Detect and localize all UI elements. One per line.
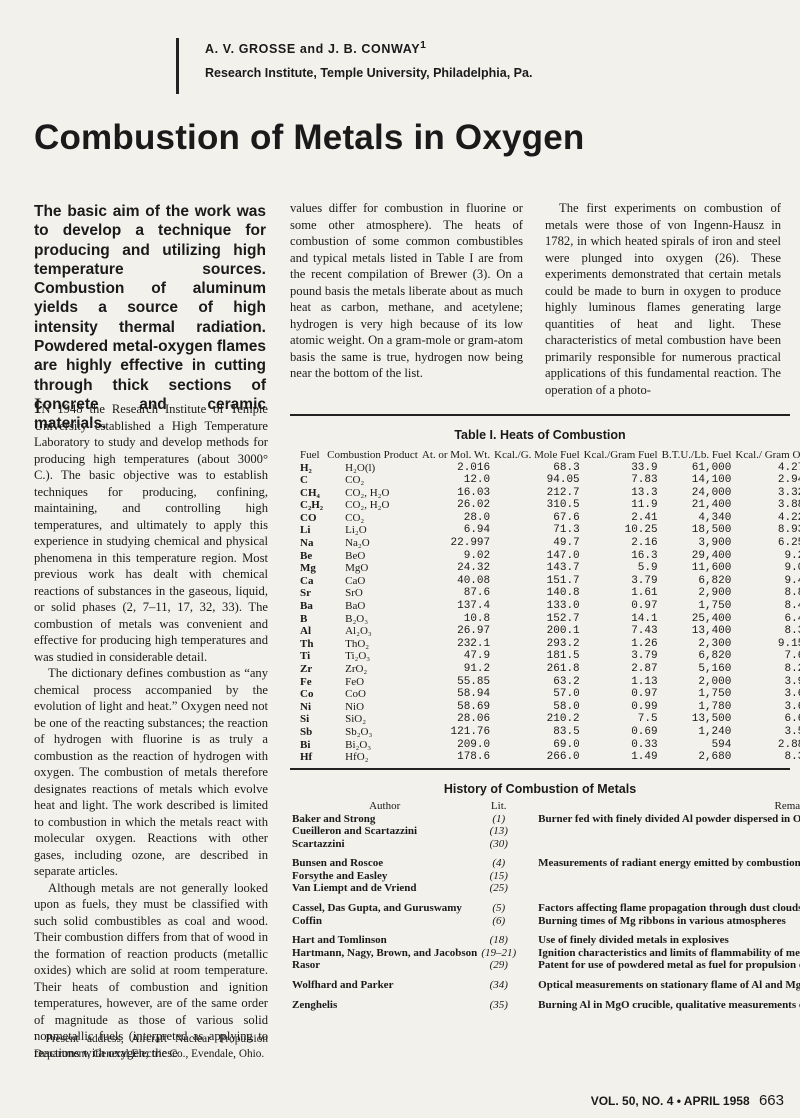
table-row: Baker and Strong(1)Burner fed with finel… xyxy=(290,813,800,826)
table-cell: 14.1 xyxy=(582,613,660,626)
lit-cell: (18) xyxy=(479,927,518,947)
table-cell: 147.0 xyxy=(492,550,582,563)
table-cell: 11,600 xyxy=(660,562,734,575)
table2-top-rule xyxy=(290,768,790,770)
table-cell: 2.16 xyxy=(582,537,660,550)
lit-cell: (19–21) xyxy=(479,947,518,960)
table-cell: 0.69 xyxy=(582,726,660,739)
fuel-cell: B xyxy=(298,613,325,626)
table-row: Rasor(29)Patent for use of powdered meta… xyxy=(290,959,800,972)
table-cell: HfO₂ xyxy=(325,751,420,764)
table-cell: 7.43 xyxy=(582,625,660,638)
fuel-cell: Hf xyxy=(298,751,325,764)
table-row: ZrZrO₂91.2261.82.875,1608.2 xyxy=(298,663,800,676)
intro-paragraph: IN 1948 the Research Institute of Temple… xyxy=(34,398,268,665)
table-row: CH₄CO₂, H₂O16.03212.713.324,0003.32 xyxy=(298,487,800,500)
table-cell: 58.94 xyxy=(420,688,492,701)
table-cell: 1.26 xyxy=(582,638,660,651)
table-cell: 55.85 xyxy=(420,676,492,689)
table-cell: 6.6 xyxy=(733,713,800,726)
table-row: H₂H₂O(l)2.01668.333.961,0004.27 xyxy=(298,462,800,475)
table-cell: 13,400 xyxy=(660,625,734,638)
table-cell: 8.93 xyxy=(733,524,800,537)
lit-cell: (29) xyxy=(479,959,518,972)
fuel-cell: Be xyxy=(298,550,325,563)
table-cell: CO₂, H₂O xyxy=(325,499,420,512)
author-cell: Forsythe and Easley xyxy=(290,870,479,883)
table-cell: 6,820 xyxy=(660,650,734,663)
table-header-row: Fuel Combustion Product At. or Mol. Wt. … xyxy=(298,449,800,462)
lit-cell: (15) xyxy=(479,870,518,883)
table-cell: 2,000 xyxy=(660,676,734,689)
authors: A. V. GROSSE and J. B. CONWAY1 xyxy=(205,40,532,56)
table-cell: 0.97 xyxy=(582,600,660,613)
table-row: BeBeO9.02147.016.329,4009.2 xyxy=(298,550,800,563)
column-header: Fuel xyxy=(298,449,325,462)
body-column-2: values differ for combustion in fluorine… xyxy=(290,200,523,382)
table-cell: 91.2 xyxy=(420,663,492,676)
fuel-cell: CO xyxy=(298,512,325,525)
table-cell: 5.9 xyxy=(582,562,660,575)
table-cell: 18,500 xyxy=(660,524,734,537)
fuel-cell: Zr xyxy=(298,663,325,676)
table-cell: 310.5 xyxy=(492,499,582,512)
remark-cell xyxy=(518,825,800,838)
table-cell: Na₂O xyxy=(325,537,420,550)
table-cell: 1,750 xyxy=(660,600,734,613)
paragraph: The first experiments on combustion of m… xyxy=(545,200,781,398)
column-header: Lit. xyxy=(479,800,518,813)
table-cell: 12.0 xyxy=(420,474,492,487)
remark-cell: Factors affecting flame propagation thro… xyxy=(518,895,800,915)
table-cell: 49.7 xyxy=(492,537,582,550)
table-row: Zenghelis(35)Burning Al in MgO crucible,… xyxy=(290,992,800,1012)
lit-cell: (25) xyxy=(479,882,518,895)
column-header: Author xyxy=(290,800,479,813)
table-cell: 2.94 xyxy=(733,474,800,487)
table-row: Wolfhard and Parker(34)Optical measureme… xyxy=(290,972,800,992)
lit-cell: (35) xyxy=(479,992,518,1012)
table-cell: 22.997 xyxy=(420,537,492,550)
table-header-row: Author Lit. Remarks xyxy=(290,800,800,813)
remark-cell: Patent for use of powdered metal as fuel… xyxy=(518,959,800,972)
table-row: CCO₂12.094.057.8314,1002.94 xyxy=(298,474,800,487)
table-cell: 13.3 xyxy=(582,487,660,500)
table-cell: 7.83 xyxy=(582,474,660,487)
table-cell: Ti₂O₃ xyxy=(325,650,420,663)
table-row: LiLi₂O6.9471.310.2518,5008.93 xyxy=(298,524,800,537)
table-cell: 2,300 xyxy=(660,638,734,651)
table-row: SiSiO₂28.06210.27.513,5006.6 xyxy=(298,713,800,726)
table-cell: 209.0 xyxy=(420,739,492,752)
table-cell: 1.61 xyxy=(582,587,660,600)
author-cell: Zenghelis xyxy=(290,992,479,1012)
table-cell: 14,100 xyxy=(660,474,734,487)
table-row: Cueilleron and Scartazzini(13) xyxy=(290,825,800,838)
table-row: CaCaO40.08151.73.796,8209.4 xyxy=(298,575,800,588)
table-cell: 58.69 xyxy=(420,701,492,714)
table-cell: 29,400 xyxy=(660,550,734,563)
table-cell: FeO xyxy=(325,676,420,689)
table-row: MgMgO24.32143.75.911,6009.0 xyxy=(298,562,800,575)
column-header: Combustion Product xyxy=(325,449,420,462)
table-cell: 1.49 xyxy=(582,751,660,764)
table-row: NiNiO58.6958.00.991,7803.6 xyxy=(298,701,800,714)
remark-cell: Optical measurements on stationary flame… xyxy=(518,972,800,992)
fuel-cell: Sb xyxy=(298,726,325,739)
table-cell: 1,780 xyxy=(660,701,734,714)
remark-cell: Ignition characteristics and limits of f… xyxy=(518,947,800,960)
table-cell: 26.02 xyxy=(420,499,492,512)
table-cell: 8.3 xyxy=(733,625,800,638)
table-row: BaBaO137.4133.00.971,7508.4 xyxy=(298,600,800,613)
table-cell: 47.9 xyxy=(420,650,492,663)
table-row: Coffin(6)Burning times of Mg ribbons in … xyxy=(290,915,800,928)
table-cell: 3,900 xyxy=(660,537,734,550)
table-cell: 68.3 xyxy=(492,462,582,475)
table-cell: 151.7 xyxy=(492,575,582,588)
table-row: Scartazzini(30) xyxy=(290,838,800,851)
table-cell: 9.15 xyxy=(733,638,800,651)
table-cell: 10.25 xyxy=(582,524,660,537)
lit-cell: (6) xyxy=(479,915,518,928)
table-cell: ZrO₂ xyxy=(325,663,420,676)
table1-top-rule xyxy=(290,414,790,416)
table-cell: 137.4 xyxy=(420,600,492,613)
table-row: BB₂O₃10.8152.714.125,4006.4 xyxy=(298,613,800,626)
table-cell: 0.97 xyxy=(582,688,660,701)
fuel-cell: Ca xyxy=(298,575,325,588)
table-cell: CaO xyxy=(325,575,420,588)
author-cell: Cueilleron and Scartazzini xyxy=(290,825,479,838)
table-cell: ThO₂ xyxy=(325,638,420,651)
table-cell: 94.05 xyxy=(492,474,582,487)
column-header: Kcal./G. Mole Fuel xyxy=(492,449,582,462)
table-cell: 1,750 xyxy=(660,688,734,701)
table-cell: 121.76 xyxy=(420,726,492,739)
table-cell: 0.33 xyxy=(582,739,660,752)
table-cell: 4.27 xyxy=(733,462,800,475)
table-cell: 1.13 xyxy=(582,676,660,689)
column-header: Kcal./ Gram O₂ xyxy=(733,449,800,462)
remark-cell: Measurements of radiant energy emitted b… xyxy=(518,850,800,870)
table-row: C₂H₂CO₂, H₂O26.02310.511.921,4003.88 xyxy=(298,499,800,512)
issue-info: VOL. 50, NO. 4 • APRIL 1958 xyxy=(591,1094,750,1108)
remark-cell: Burner fed with finely divided Al powder… xyxy=(518,813,800,826)
remark-cell: Burning times of Mg ribbons in various a… xyxy=(518,915,800,928)
page-footer: VOL. 50, NO. 4 • APRIL 1958 663 xyxy=(591,1092,784,1109)
table-row: ThThO₂232.1293.21.262,3009.15 xyxy=(298,638,800,651)
column-header: At. or Mol. Wt. xyxy=(420,449,492,462)
fuel-cell: Mg xyxy=(298,562,325,575)
table-cell: 3.9 xyxy=(733,676,800,689)
table-cell: BeO xyxy=(325,550,420,563)
heats-of-combustion-table: Fuel Combustion Product At. or Mol. Wt. … xyxy=(298,449,800,764)
author-cell: Hartmann, Nagy, Brown, and Jacobson xyxy=(290,947,479,960)
table2-title: History of Combustion of Metals xyxy=(290,782,790,796)
table-row: SbSb₂O₃121.7683.50.691,2403.5 xyxy=(298,726,800,739)
table-cell: 261.8 xyxy=(492,663,582,676)
table-row: COCO₂28.067.62.414,3404.22 xyxy=(298,512,800,525)
table-cell: 6,820 xyxy=(660,575,734,588)
table-cell: 293.2 xyxy=(492,638,582,651)
table-cell: 6.25 xyxy=(733,537,800,550)
table-row: SrSrO87.6140.81.612,9008.8 xyxy=(298,587,800,600)
table-cell: 1,240 xyxy=(660,726,734,739)
table-cell: Bi₂O₃ xyxy=(325,739,420,752)
body-column-3: The first experiments on combustion of m… xyxy=(545,200,781,398)
author-cell: Scartazzini xyxy=(290,838,479,851)
table-cell: 28.06 xyxy=(420,713,492,726)
paragraph: values differ for combustion in fluorine… xyxy=(290,200,523,382)
table-cell: 26.97 xyxy=(420,625,492,638)
body-column-1: IN 1948 the Research Institute of Temple… xyxy=(34,398,268,1061)
table-cell: SiO₂ xyxy=(325,713,420,726)
lit-cell: (4) xyxy=(479,850,518,870)
table-row: Hart and Tomlinson(18)Use of finely divi… xyxy=(290,927,800,947)
table-cell: 9.4 xyxy=(733,575,800,588)
fuel-cell: C₂H₂ xyxy=(298,499,325,512)
table-cell: CO₂, H₂O xyxy=(325,487,420,500)
table-cell: 28.0 xyxy=(420,512,492,525)
table-cell: 24,000 xyxy=(660,487,734,500)
fuel-cell: Ba xyxy=(298,600,325,613)
table-cell: 4,340 xyxy=(660,512,734,525)
table-row: TiTi₂O₃47.9181.53.796,8207.6 xyxy=(298,650,800,663)
table-cell: 3.79 xyxy=(582,575,660,588)
table-cell: 210.2 xyxy=(492,713,582,726)
author-cell: Coffin xyxy=(290,915,479,928)
table-row: FeFeO55.8563.21.132,0003.9 xyxy=(298,676,800,689)
table-cell: 2.016 xyxy=(420,462,492,475)
table-cell: H₂O(l) xyxy=(325,462,420,475)
author-cell: Van Liempt and de Vriend xyxy=(290,882,479,895)
paragraph: The dictionary defines combustion as “an… xyxy=(34,665,268,880)
table-cell: 67.6 xyxy=(492,512,582,525)
affiliation: Research Institute, Temple University, P… xyxy=(205,66,532,80)
table-cell: 3.79 xyxy=(582,650,660,663)
author-cell: Baker and Strong xyxy=(290,813,479,826)
table-cell: NiO xyxy=(325,701,420,714)
fuel-cell: CH₄ xyxy=(298,487,325,500)
table-cell: 7.6 xyxy=(733,650,800,663)
table-cell: 58.0 xyxy=(492,701,582,714)
table-cell: CO₂ xyxy=(325,474,420,487)
table-cell: BaO xyxy=(325,600,420,613)
table-row: Cassel, Das Gupta, and Guruswamy(5)Facto… xyxy=(290,895,800,915)
table-cell: 2.41 xyxy=(582,512,660,525)
table-cell: 200.1 xyxy=(492,625,582,638)
table-row: Hartmann, Nagy, Brown, and Jacobson(19–2… xyxy=(290,947,800,960)
author-cell: Wolfhard and Parker xyxy=(290,972,479,992)
author-cell: Rasor xyxy=(290,959,479,972)
table-cell: 61,000 xyxy=(660,462,734,475)
table-cell: 8.8 xyxy=(733,587,800,600)
column-header: Kcal./Gram Fuel xyxy=(582,449,660,462)
table-cell: B₂O₃ xyxy=(325,613,420,626)
table1-title: Table I. Heats of Combustion xyxy=(290,428,790,442)
table-cell: 4.22 xyxy=(733,512,800,525)
table-cell: 21,400 xyxy=(660,499,734,512)
table-cell: 40.08 xyxy=(420,575,492,588)
table-cell: Li₂O xyxy=(325,524,420,537)
table-cell: 133.0 xyxy=(492,600,582,613)
author-cell: Bunsen and Roscoe xyxy=(290,850,479,870)
table-cell: 9.0 xyxy=(733,562,800,575)
table-cell: 143.7 xyxy=(492,562,582,575)
lit-cell: (30) xyxy=(479,838,518,851)
remark-cell: Burning Al in MgO crucible, qualitative … xyxy=(518,992,800,1012)
table-cell: 8.4 xyxy=(733,600,800,613)
fuel-cell: Fe xyxy=(298,676,325,689)
table-cell: 33.9 xyxy=(582,462,660,475)
lit-cell: (5) xyxy=(479,895,518,915)
fuel-cell: Sr xyxy=(298,587,325,600)
table-cell: 152.7 xyxy=(492,613,582,626)
table-cell: 3.88 xyxy=(733,499,800,512)
article-title: Combustion of Metals in Oxygen xyxy=(34,118,584,158)
table-cell: MgO xyxy=(325,562,420,575)
fuel-cell: C xyxy=(298,474,325,487)
table-cell: 5,160 xyxy=(660,663,734,676)
table-cell: 178.6 xyxy=(420,751,492,764)
column-header: Remarks xyxy=(518,800,800,813)
table-cell: 232.1 xyxy=(420,638,492,651)
table-row: HfHfO₂178.6266.01.492,6808.3 xyxy=(298,751,800,764)
table-cell: 69.0 xyxy=(492,739,582,752)
column-header: B.T.U./Lb. Fuel xyxy=(660,449,734,462)
fuel-cell: Ni xyxy=(298,701,325,714)
table-cell: 6.94 xyxy=(420,524,492,537)
table-row: Bunsen and Roscoe(4)Measurements of radi… xyxy=(290,850,800,870)
table-cell: Sb₂O₃ xyxy=(325,726,420,739)
table-cell: 2,680 xyxy=(660,751,734,764)
table-row: BiBi₂O₃209.069.00.335942.88 xyxy=(298,739,800,752)
footnote: ¹ Present address, Aircraft Nuclear Prop… xyxy=(34,1032,268,1061)
fuel-cell: Ti xyxy=(298,650,325,663)
author-cell: Hart and Tomlinson xyxy=(290,927,479,947)
fuel-cell: Th xyxy=(298,638,325,651)
author-cell: Cassel, Das Gupta, and Guruswamy xyxy=(290,895,479,915)
table-cell: 6.4 xyxy=(733,613,800,626)
table-cell: 7.5 xyxy=(582,713,660,726)
fuel-cell: Bi xyxy=(298,739,325,752)
table-row: Forsythe and Easley(15) xyxy=(290,870,800,883)
page-number: 663 xyxy=(759,1092,784,1109)
table-cell: CO₂ xyxy=(325,512,420,525)
table-cell: 10.8 xyxy=(420,613,492,626)
remark-cell xyxy=(518,882,800,895)
table-cell: 266.0 xyxy=(492,751,582,764)
table-cell: 0.99 xyxy=(582,701,660,714)
table-cell: 8.3 xyxy=(733,751,800,764)
table-cell: 83.5 xyxy=(492,726,582,739)
table-cell: 24.32 xyxy=(420,562,492,575)
table-cell: 2.87 xyxy=(582,663,660,676)
table-cell: 16.3 xyxy=(582,550,660,563)
table-cell: 57.0 xyxy=(492,688,582,701)
fuel-cell: Li xyxy=(298,524,325,537)
table-row: NaNa₂O22.99749.72.163,9006.25 xyxy=(298,537,800,550)
table-cell: 25,400 xyxy=(660,613,734,626)
table-cell: 2.88 xyxy=(733,739,800,752)
fuel-cell: Al xyxy=(298,625,325,638)
table-cell: 87.6 xyxy=(420,587,492,600)
remark-cell xyxy=(518,838,800,851)
table-cell: 11.9 xyxy=(582,499,660,512)
table-cell: 9.2 xyxy=(733,550,800,563)
table-cell: 181.5 xyxy=(492,650,582,663)
table-cell: 9.02 xyxy=(420,550,492,563)
table-row: Van Liempt and de Vriend(25) xyxy=(290,882,800,895)
remark-cell: Use of finely divided metals in explosiv… xyxy=(518,927,800,947)
history-table: Author Lit. Remarks Baker and Strong(1)B… xyxy=(290,800,800,1011)
table-cell: 8.2 xyxy=(733,663,800,676)
table-cell: 3.6 xyxy=(733,688,800,701)
remark-cell xyxy=(518,870,800,883)
table-cell: 212.7 xyxy=(492,487,582,500)
lit-cell: (34) xyxy=(479,972,518,992)
table-cell: CoO xyxy=(325,688,420,701)
lit-cell: (13) xyxy=(479,825,518,838)
table-cell: 2,900 xyxy=(660,587,734,600)
table-cell: Al₂O₃ xyxy=(325,625,420,638)
table-cell: 594 xyxy=(660,739,734,752)
table-cell: 63.2 xyxy=(492,676,582,689)
table-row: CoCoO58.9457.00.971,7503.6 xyxy=(298,688,800,701)
table-cell: 140.8 xyxy=(492,587,582,600)
table-cell: SrO xyxy=(325,587,420,600)
table-cell: 3.32 xyxy=(733,487,800,500)
table-cell: 16.03 xyxy=(420,487,492,500)
table-cell: 13,500 xyxy=(660,713,734,726)
table-row: AlAl₂O₃26.97200.17.4313,4008.3 xyxy=(298,625,800,638)
fuel-cell: Si xyxy=(298,713,325,726)
lit-cell: (1) xyxy=(479,813,518,826)
fuel-cell: Co xyxy=(298,688,325,701)
table-cell: 71.3 xyxy=(492,524,582,537)
author-header: A. V. GROSSE and J. B. CONWAY1 Research … xyxy=(176,38,532,94)
table-cell: 3.5 xyxy=(733,726,800,739)
fuel-cell: Na xyxy=(298,537,325,550)
fuel-cell: H₂ xyxy=(298,462,325,475)
table-cell: 3.6 xyxy=(733,701,800,714)
